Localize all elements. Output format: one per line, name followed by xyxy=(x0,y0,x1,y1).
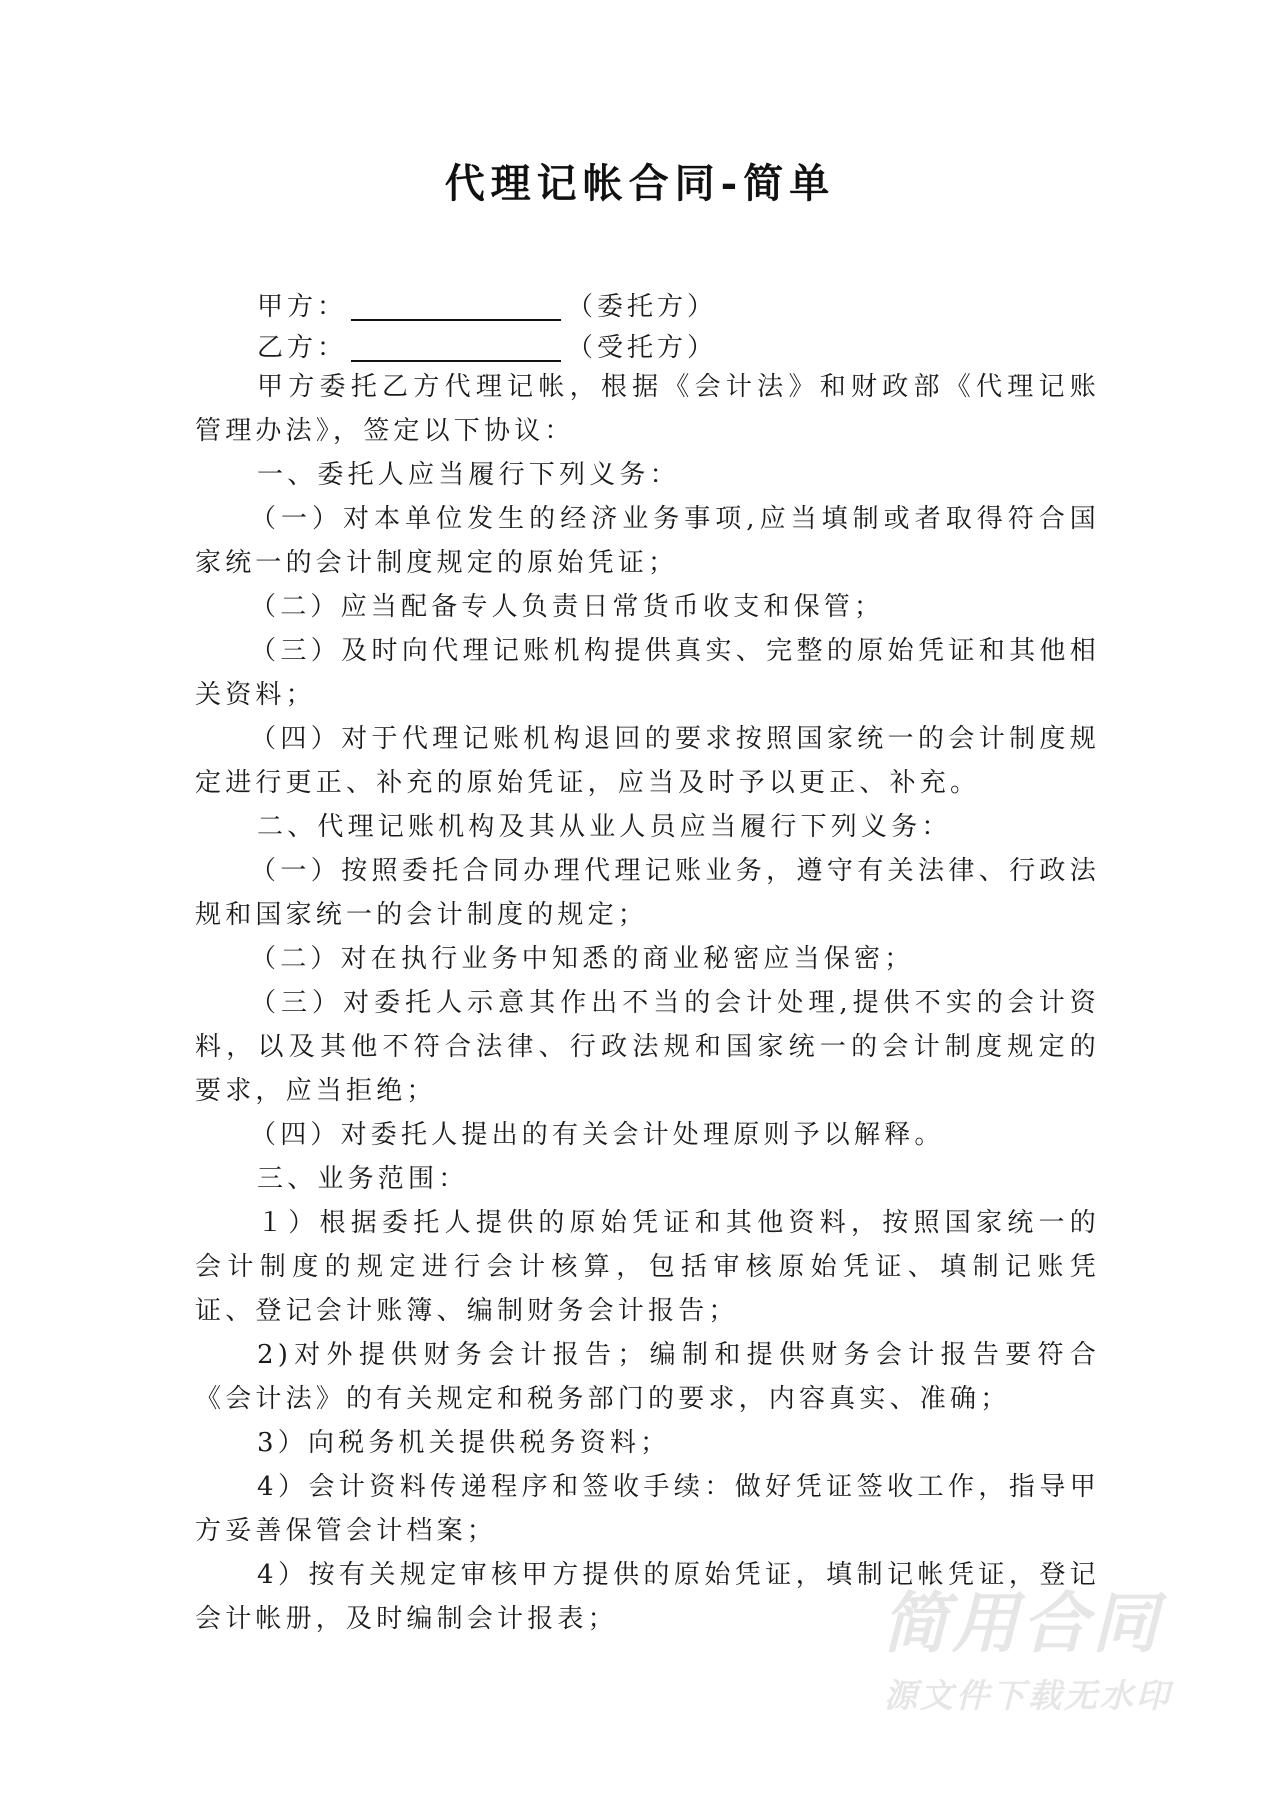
clause-paragraph: 4）会计资料传递程序和签收手续：做好凭证签收工作，指导甲方妥善保管会计档案； xyxy=(195,1465,1100,1553)
clause-paragraph: （四）对于代理记账机构退回的要求按照国家统一的会计制度规定进行更正、补充的原始凭… xyxy=(195,717,1100,805)
document-title: 代理记帐合同-简单 xyxy=(0,158,1280,210)
clause-paragraph: （二）应当配备专人负责日常货币收支和保管； xyxy=(195,585,1100,629)
party-a-label: 甲方： xyxy=(257,285,347,329)
clause-paragraph: （一）对本单位发生的经济业务事项,应当填制或者取得符合国家统一的会计制度规定的原… xyxy=(195,497,1100,585)
party-b-role: （受托方） xyxy=(567,326,717,370)
party-b-line: 乙方： （受托方） xyxy=(257,326,717,370)
clause-paragraph: 3）向税务机关提供税务资料； xyxy=(195,1421,1100,1465)
document-page: 代理记帐合同-简单 甲方： （委托方） 乙方： （受托方） 甲方委托乙方代理记帐… xyxy=(0,0,1280,1810)
section-heading-client-obligations: 一、委托人应当履行下列义务： xyxy=(195,453,1100,497)
clause-paragraph: （二）对在执行业务中知悉的商业秘密应当保密； xyxy=(195,937,1100,981)
section-heading-agency-obligations: 二、代理记账机构及其从业人员应当履行下列义务： xyxy=(195,805,1100,849)
contract-body: 甲方委托乙方代理记帐，根据《会计法》和财政部《代理记账管理办法》，签定以下协议：… xyxy=(195,365,1100,1641)
clause-paragraph: （三）及时向代理记账机构提供真实、完整的原始凭证和其他相关资料； xyxy=(195,629,1100,717)
section-heading-business-scope: 三、业务范围： xyxy=(195,1157,1100,1201)
clause-paragraph: （三）对委托人示意其作出不当的会计处理,提供不实的会计资料，以及其他不符合法律、… xyxy=(195,981,1100,1113)
party-b-blank-field[interactable] xyxy=(351,330,561,362)
clause-paragraph: （一）按照委托合同办理代理记账业务，遵守有关法律、行政法规和国家统一的会计制度的… xyxy=(195,849,1100,937)
clause-paragraph: １）根据委托人提供的原始凭证和其他资料，按照国家统一的会计制度的规定进行会计核算… xyxy=(195,1201,1100,1333)
watermark-brand: 简用合同 xyxy=(882,1588,1162,1660)
clause-paragraph: 2)对外提供财务会计报告；编制和提供财务会计报告要符合《会计法》的有关规定和税务… xyxy=(195,1333,1100,1421)
party-a-role: （委托方） xyxy=(567,285,717,329)
party-a-blank-field[interactable] xyxy=(351,289,561,321)
watermark-tagline: 源文件下载无水印 xyxy=(884,1676,1172,1716)
party-a-line: 甲方： （委托方） xyxy=(257,285,717,329)
preamble-paragraph: 甲方委托乙方代理记帐，根据《会计法》和财政部《代理记账管理办法》，签定以下协议： xyxy=(195,365,1100,453)
party-b-label: 乙方： xyxy=(257,326,347,370)
clause-paragraph: （四）对委托人提出的有关会计处理原则予以解释。 xyxy=(195,1113,1100,1157)
